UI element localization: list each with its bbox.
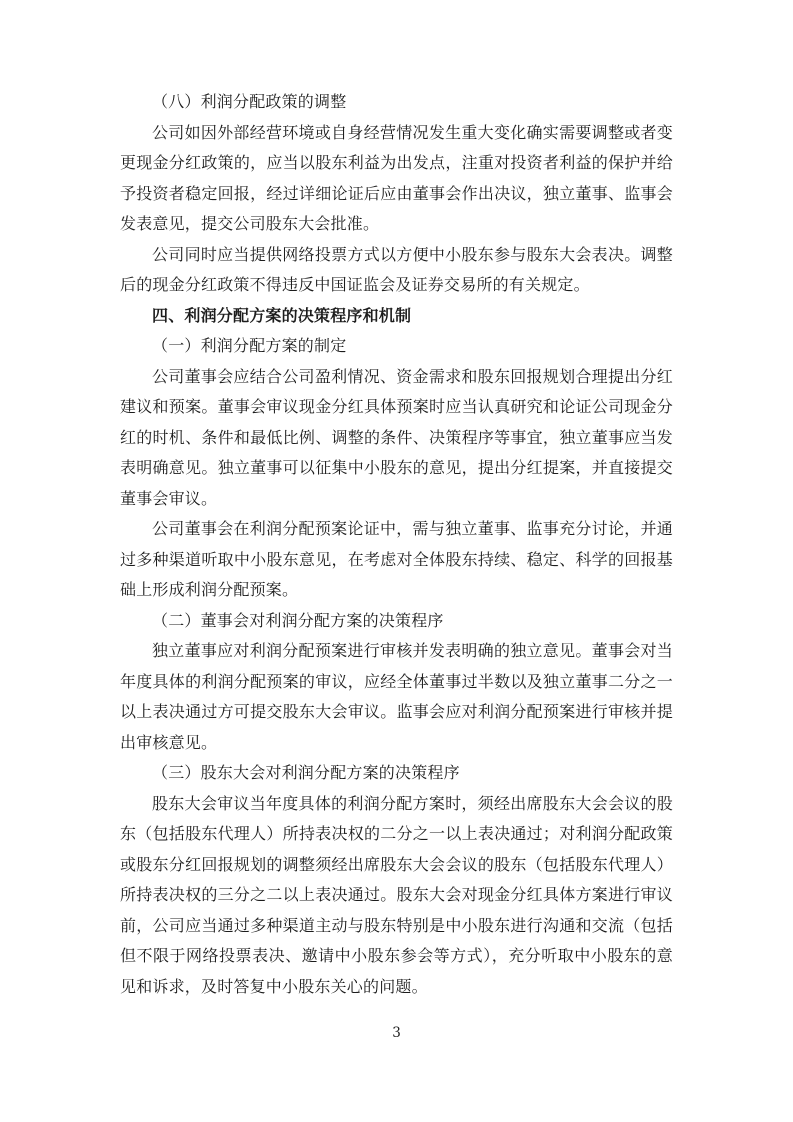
subsection-1-subheading: （一）利润分配方案的制定: [120, 331, 673, 362]
document-page: （八）利润分配政策的调整 公司如因外部经营环境或自身经营情况发生重大变化确实需要…: [0, 0, 793, 1122]
paragraph: 公司同时应当提供网络投票方式以方便中小股东参与股东大会表决。调整后的现金分红政策…: [120, 240, 673, 301]
document-body: （八）利润分配政策的调整 公司如因外部经营环境或自身经营情况发生重大变化确实需要…: [120, 87, 673, 1002]
section-4-heading: 四、利润分配方案的决策程序和机制: [120, 301, 673, 332]
paragraph: 公司董事会应结合公司盈利情况、资金需求和股东回报规划合理提出分红建议和预案。董事…: [120, 362, 673, 515]
section-8-subheading: （八）利润分配政策的调整: [120, 87, 673, 118]
paragraph: 独立董事应对利润分配预案进行审核并发表明确的独立意见。董事会对当年度具体的利润分…: [120, 636, 673, 758]
paragraph: 公司董事会在利润分配预案论证中，需与独立董事、监事充分讨论，并通过多种渠道听取中…: [120, 514, 673, 606]
subsection-3-subheading: （三）股东大会对利润分配方案的决策程序: [120, 758, 673, 789]
paragraph: 公司如因外部经营环境或自身经营情况发生重大变化确实需要调整或者变更现金分红政策的…: [120, 118, 673, 240]
subsection-2-subheading: （二）董事会对利润分配方案的决策程序: [120, 606, 673, 637]
page-number: 3: [0, 1023, 793, 1043]
paragraph: 股东大会审议当年度具体的利润分配方案时，须经出席股东大会会议的股东（包括股东代理…: [120, 789, 673, 1003]
